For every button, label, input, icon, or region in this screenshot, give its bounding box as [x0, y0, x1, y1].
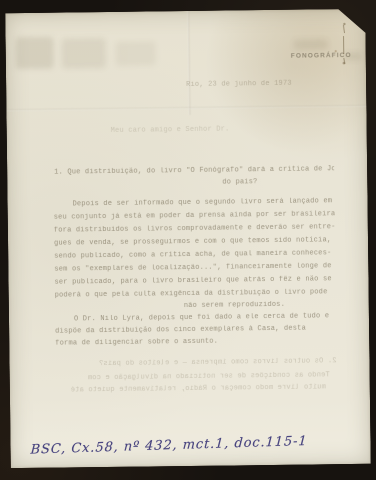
- typed-line: Depois de ser informado que o segundo li…: [73, 197, 335, 209]
- letterhead-smudge: [294, 39, 328, 49]
- date-line: Rio, 23 de junho de 1973: [186, 79, 326, 90]
- salutation-line: Meu caro amigo e Senhor Dr.: [111, 125, 256, 136]
- typed-line: gues de venda, se prosseguirmos e com o …: [54, 236, 335, 248]
- typed-line: fora distribuídos os livros comprovadame…: [54, 223, 335, 235]
- archival-reference-note: BSC, Cx.58, nº 432, mct.1, doc.115-1: [30, 434, 308, 458]
- scan-background: FONOGRÁFICO Rio, 23 de junho de 1973 Meu…: [0, 0, 376, 480]
- ghost-logo-blot: [116, 41, 156, 65]
- document-page: FONOGRÁFICO Rio, 23 de junho de 1973 Meu…: [5, 9, 371, 468]
- question-2-heading-line: 2. Os outros livros como imprensa — e el…: [96, 357, 336, 369]
- corner-ink-mark-icon: [331, 21, 354, 69]
- question-1-heading-line-2: do país?: [222, 178, 282, 188]
- ghost-logo-blot: [16, 37, 54, 69]
- ghost-logo-blot: [62, 38, 106, 69]
- typed-line: sendo publicado, como a crítica acha, de…: [54, 249, 335, 261]
- typed-line: muito livre modo começar o Rádio, relati…: [50, 383, 326, 395]
- fold-crease-vertical: [187, 11, 190, 115]
- typed-line: dispõe da distribuição dos cinco exempla…: [55, 324, 336, 336]
- typed-line: não serem reproduzidos.: [184, 300, 336, 311]
- question-1-heading-text: 1. Que distribuição, do livro "O Fonógra…: [54, 165, 334, 177]
- typed-line: O Dr. Nilo Lyra, depois que foi dado a e…: [74, 312, 336, 324]
- typed-line: sem os "exemplares de localização...", f…: [54, 262, 335, 274]
- question-1-heading-text: do país?: [222, 178, 257, 187]
- typed-line: ser publicado, para o livro brasileiro q…: [54, 275, 335, 287]
- typed-line: forma de diligenciar sobre o assunto.: [55, 336, 336, 348]
- question-2-heading-text: 2. Os outros livros como imprensa — e el…: [99, 357, 337, 369]
- question-1-heading-line-1: 1. Que distribuição, do livro "O Fonógra…: [54, 165, 334, 177]
- typed-line: poderá o que pela culta exigência da dis…: [55, 288, 336, 300]
- typed-line: Tendo as condições de ser noticiado na d…: [54, 371, 330, 383]
- typed-line: seu conjunto já está em poder da prensa …: [54, 210, 335, 222]
- fold-crease-horizontal: [6, 105, 366, 111]
